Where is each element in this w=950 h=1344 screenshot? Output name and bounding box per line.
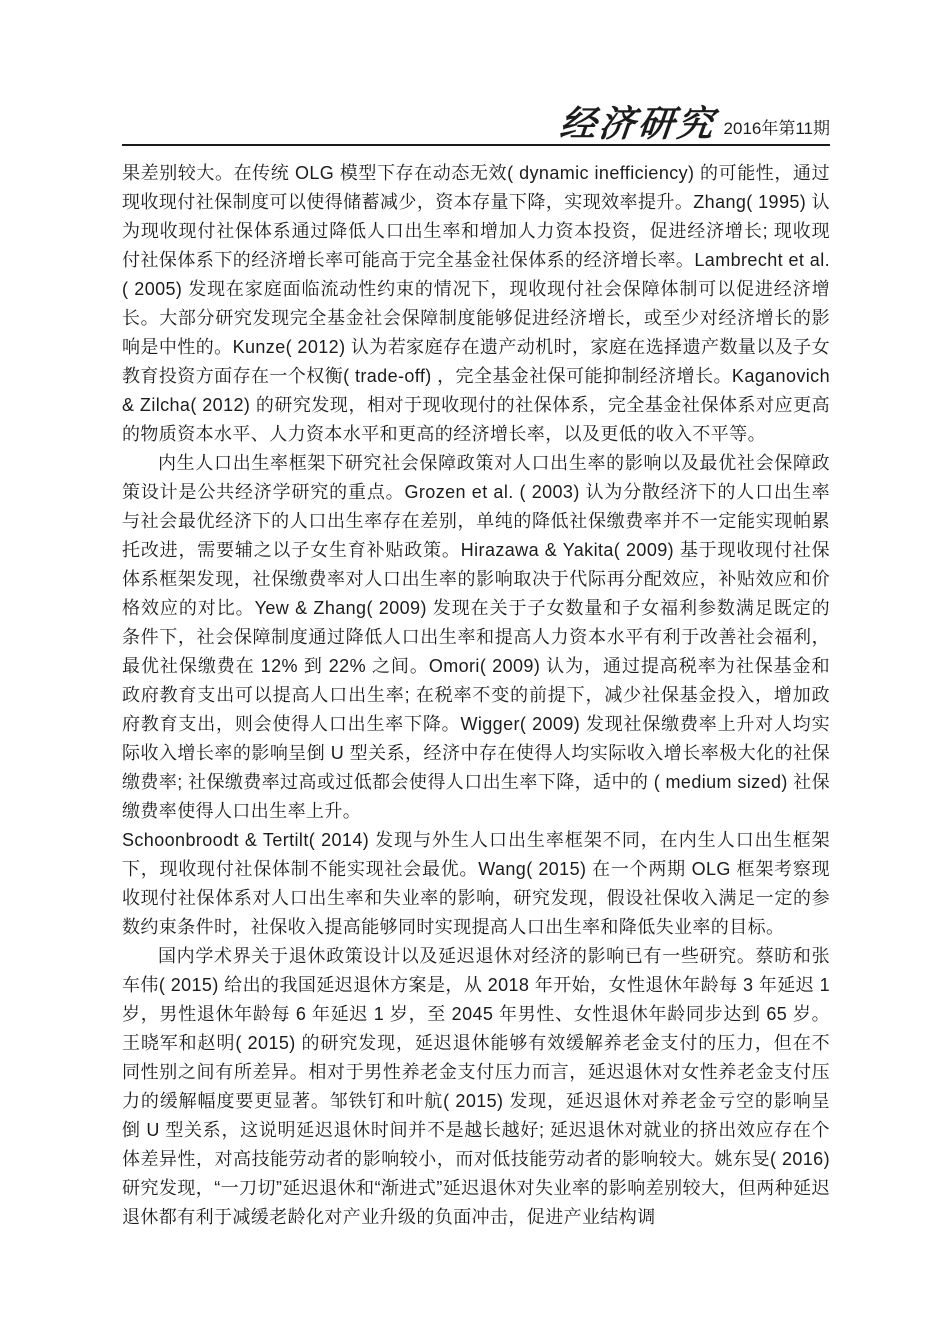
issue-label: 2016年第11期 bbox=[724, 120, 830, 142]
paragraph-endogenous-fertility: 内生人口出生率框架下研究社会保障政策对人口出生率的影响以及最优社会保障政策设计是… bbox=[122, 449, 830, 826]
article-body: 果差别较大。在传统 OLG 模型下存在动态无效( dynamic ineffic… bbox=[122, 159, 830, 1232]
page-content: 经济研究 2016年第11期 果差别较大。在传统 OLG 模型下存在动态无效( … bbox=[122, 0, 830, 1232]
journal-header: 经济研究 2016年第11期 bbox=[122, 0, 830, 144]
document-page: 经济研究 2016年第11期 果差别较大。在传统 OLG 模型下存在动态无效( … bbox=[0, 0, 950, 1344]
paragraph-schoonbroodt: Schoonbroodt & Tertilt( 2014) 发现与外生人口出生率… bbox=[122, 826, 830, 942]
header-rule bbox=[122, 144, 830, 146]
paragraph-continuation: 果差别较大。在传统 OLG 模型下存在动态无效( dynamic ineffic… bbox=[122, 159, 830, 449]
journal-logo: 经济研究 bbox=[558, 106, 718, 142]
paragraph-domestic-research: 国内学术界关于退休政策设计以及延迟退休对经济的影响已有一些研究。蔡昉和张车伟( … bbox=[122, 942, 830, 1232]
